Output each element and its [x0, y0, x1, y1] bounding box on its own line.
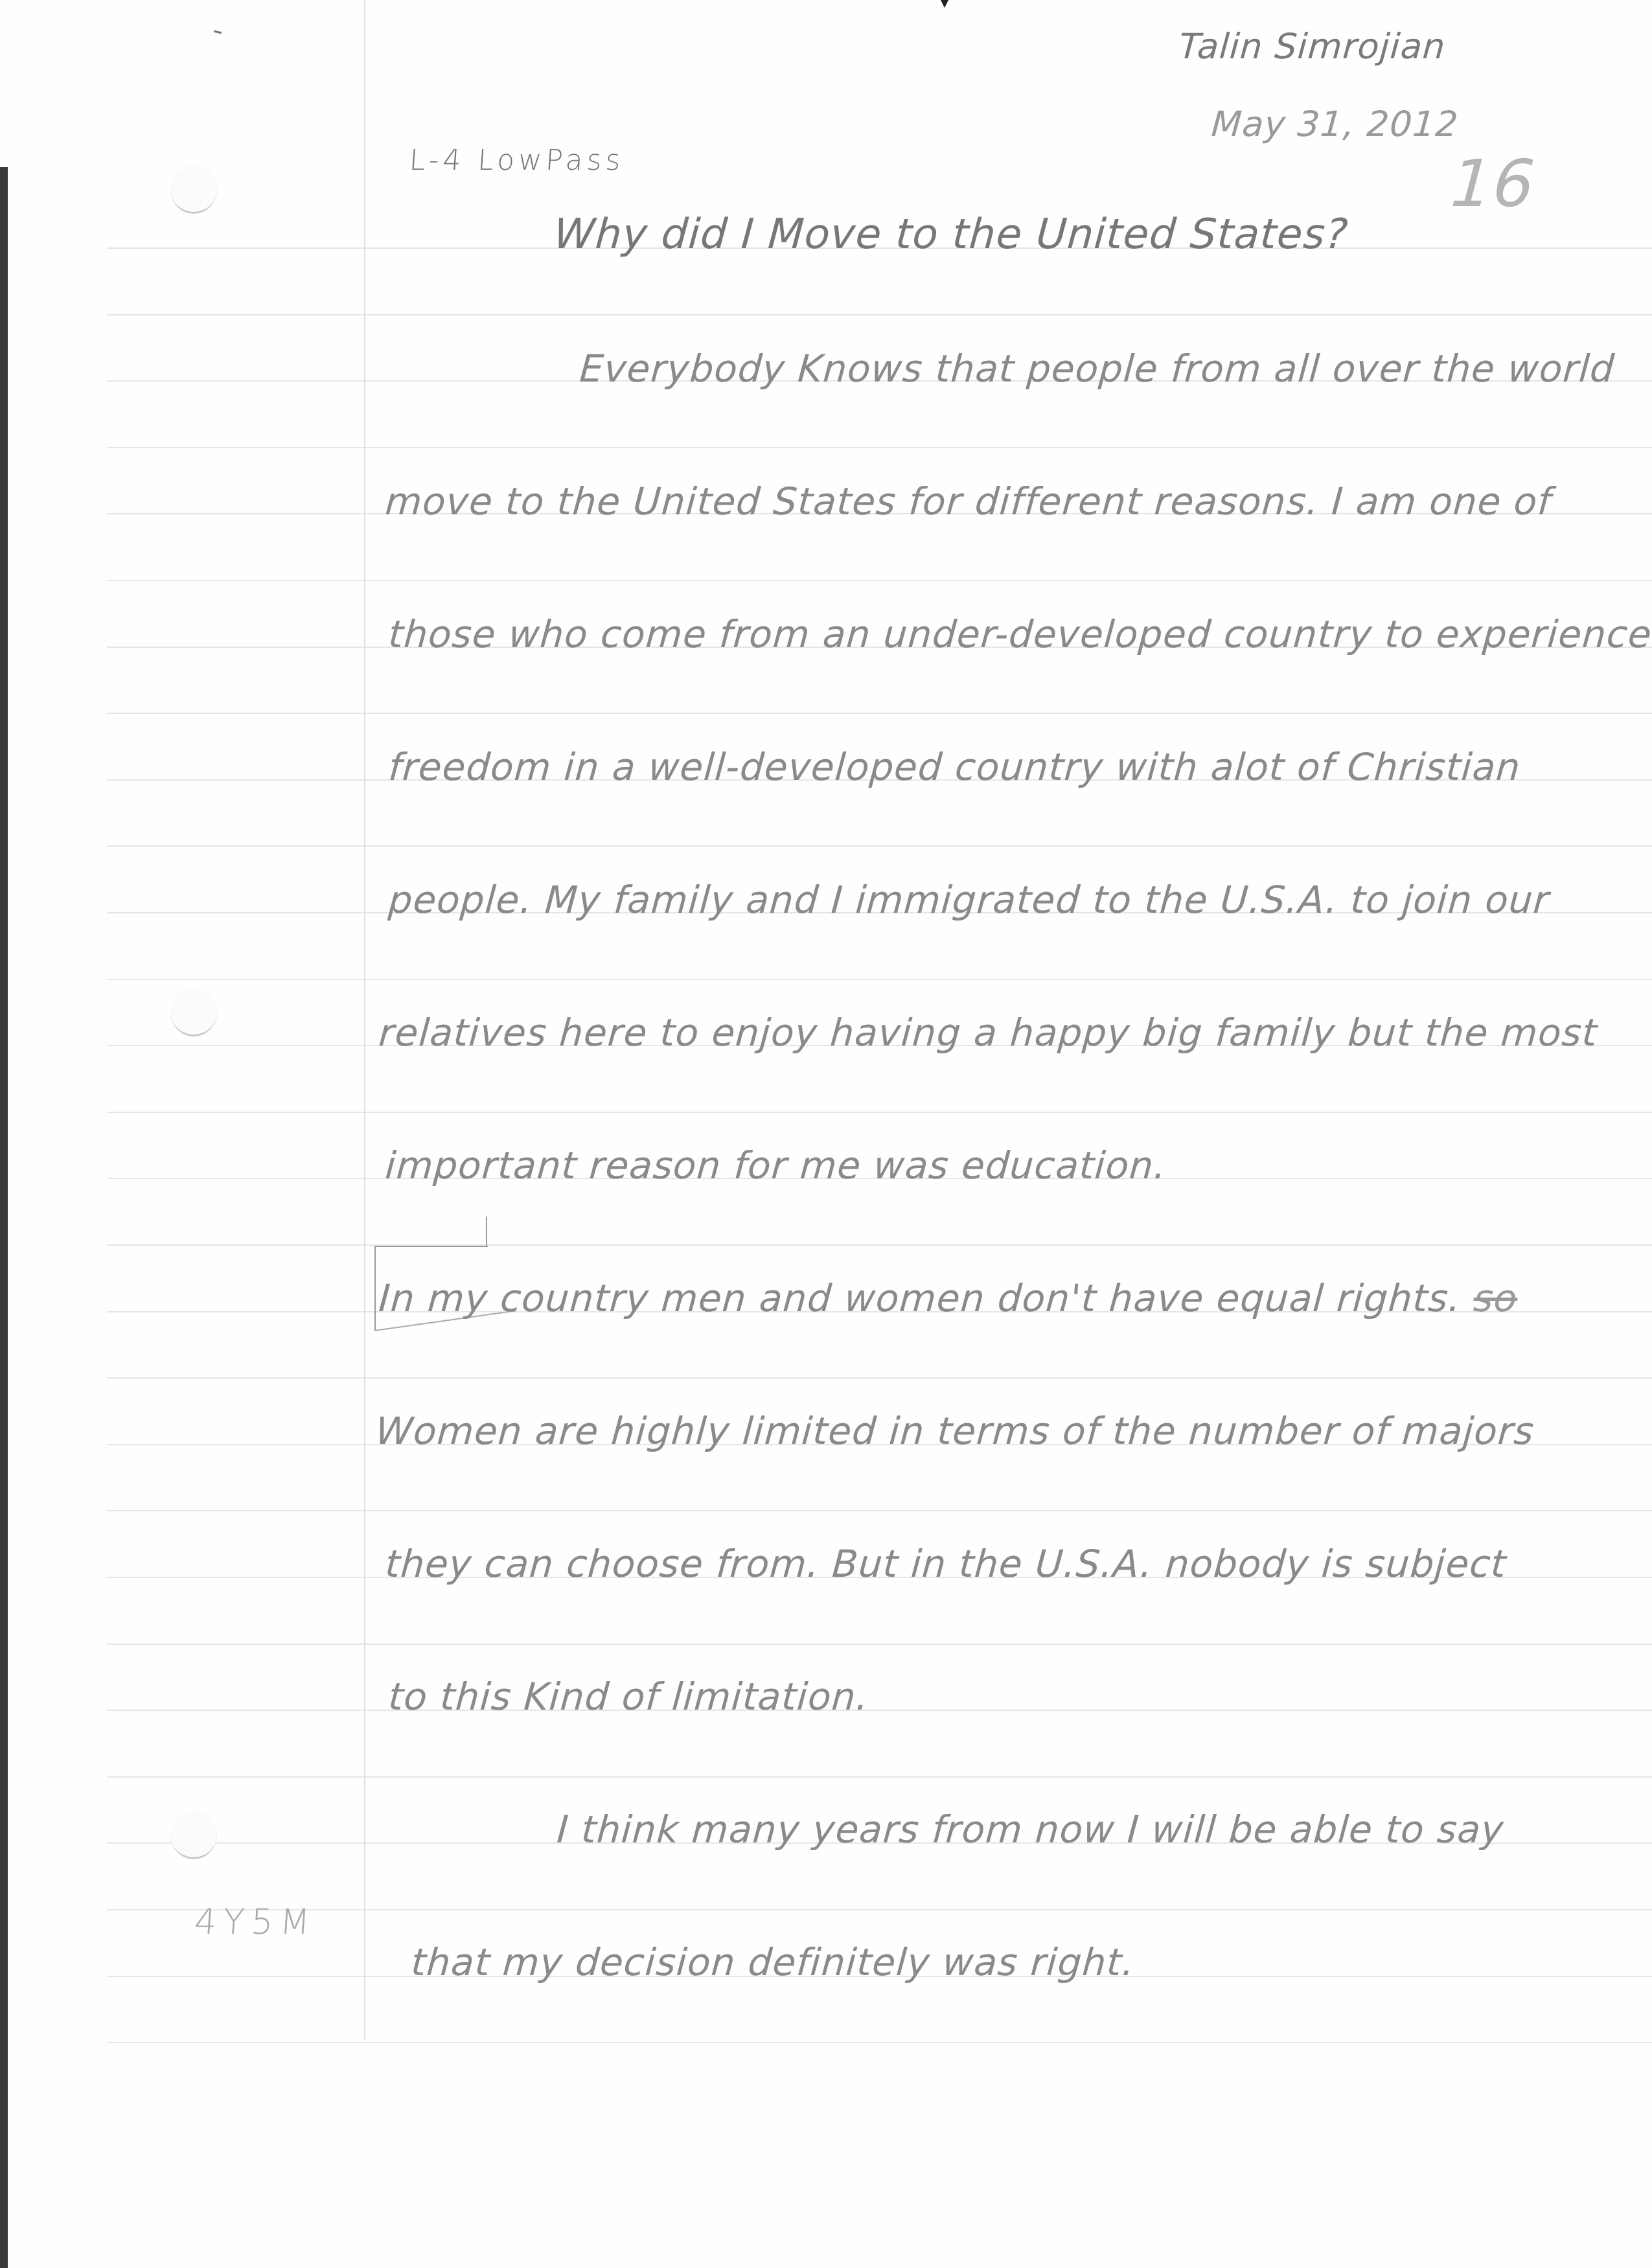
essay-line: Everybody Knows that people from all ove…	[579, 347, 1616, 391]
ruled-line	[107, 1776, 1652, 1778]
ruled-line	[107, 845, 1652, 847]
punch-hole-middle	[170, 988, 217, 1037]
punch-hole-bottom	[170, 1811, 217, 1859]
ruled-line	[107, 1909, 1652, 1910]
essay-line: important reason for me was education.	[384, 1143, 1168, 1187]
essay-title: Why did I Move to the United States?	[552, 211, 1349, 258]
level-note: L-4 LowPass	[408, 144, 625, 177]
pencil-speck	[214, 30, 222, 34]
ruled-line	[107, 1377, 1652, 1379]
essay-line: relatives here to enjoy having a happy b…	[378, 1011, 1600, 1055]
ruled-line	[107, 580, 1652, 581]
essay-line: those who come from an under-developed c…	[387, 612, 1652, 656]
essay-line: I think many years from now I will be ab…	[556, 1807, 1506, 1851]
essay-line-text: In my country men and women don't have e…	[378, 1276, 1463, 1320]
ruled-line	[107, 1510, 1652, 1511]
scan-artifact-mark	[941, 0, 948, 8]
punch-hole-top	[170, 165, 217, 214]
essay-line: In my country men and women don't have e…	[378, 1276, 1519, 1320]
ruled-line	[107, 447, 1652, 448]
ruled-line	[107, 2042, 1652, 2043]
essay-date: May 31, 2012	[1210, 104, 1460, 144]
ruled-line	[107, 713, 1652, 714]
essay-line: people. My family and I immigrated to th…	[387, 878, 1551, 922]
margin-line	[364, 0, 365, 2041]
ruled-line	[107, 1112, 1652, 1113]
essay-line: they can choose from. But in the U.S.A. …	[384, 1542, 1508, 1586]
grade-score: 16	[1449, 146, 1537, 222]
essay-line: that my decision definitely was right.	[410, 1940, 1136, 1984]
author-name: Talin Simrojian	[1178, 26, 1447, 67]
scan-edge-shadow	[0, 167, 8, 2268]
ruled-line	[107, 314, 1652, 315]
ruled-line	[107, 1710, 1652, 1711]
margin-note: 4Y5M	[193, 1901, 318, 1942]
essay-line: Women are highly limited in terms of the…	[374, 1409, 1536, 1453]
ruled-line	[107, 1644, 1652, 1645]
struck-word: so	[1472, 1276, 1519, 1320]
ruled-line	[107, 979, 1652, 980]
scanned-page: Talin Simrojian May 31, 2012 16 L-4 LowP…	[0, 0, 1652, 2268]
essay-line: freedom in a well-developed country with…	[387, 745, 1522, 789]
ruled-line	[107, 1244, 1652, 1246]
essay-line: move to the United States for different …	[384, 479, 1554, 523]
essay-line: to this Kind of limitation.	[387, 1675, 871, 1719]
